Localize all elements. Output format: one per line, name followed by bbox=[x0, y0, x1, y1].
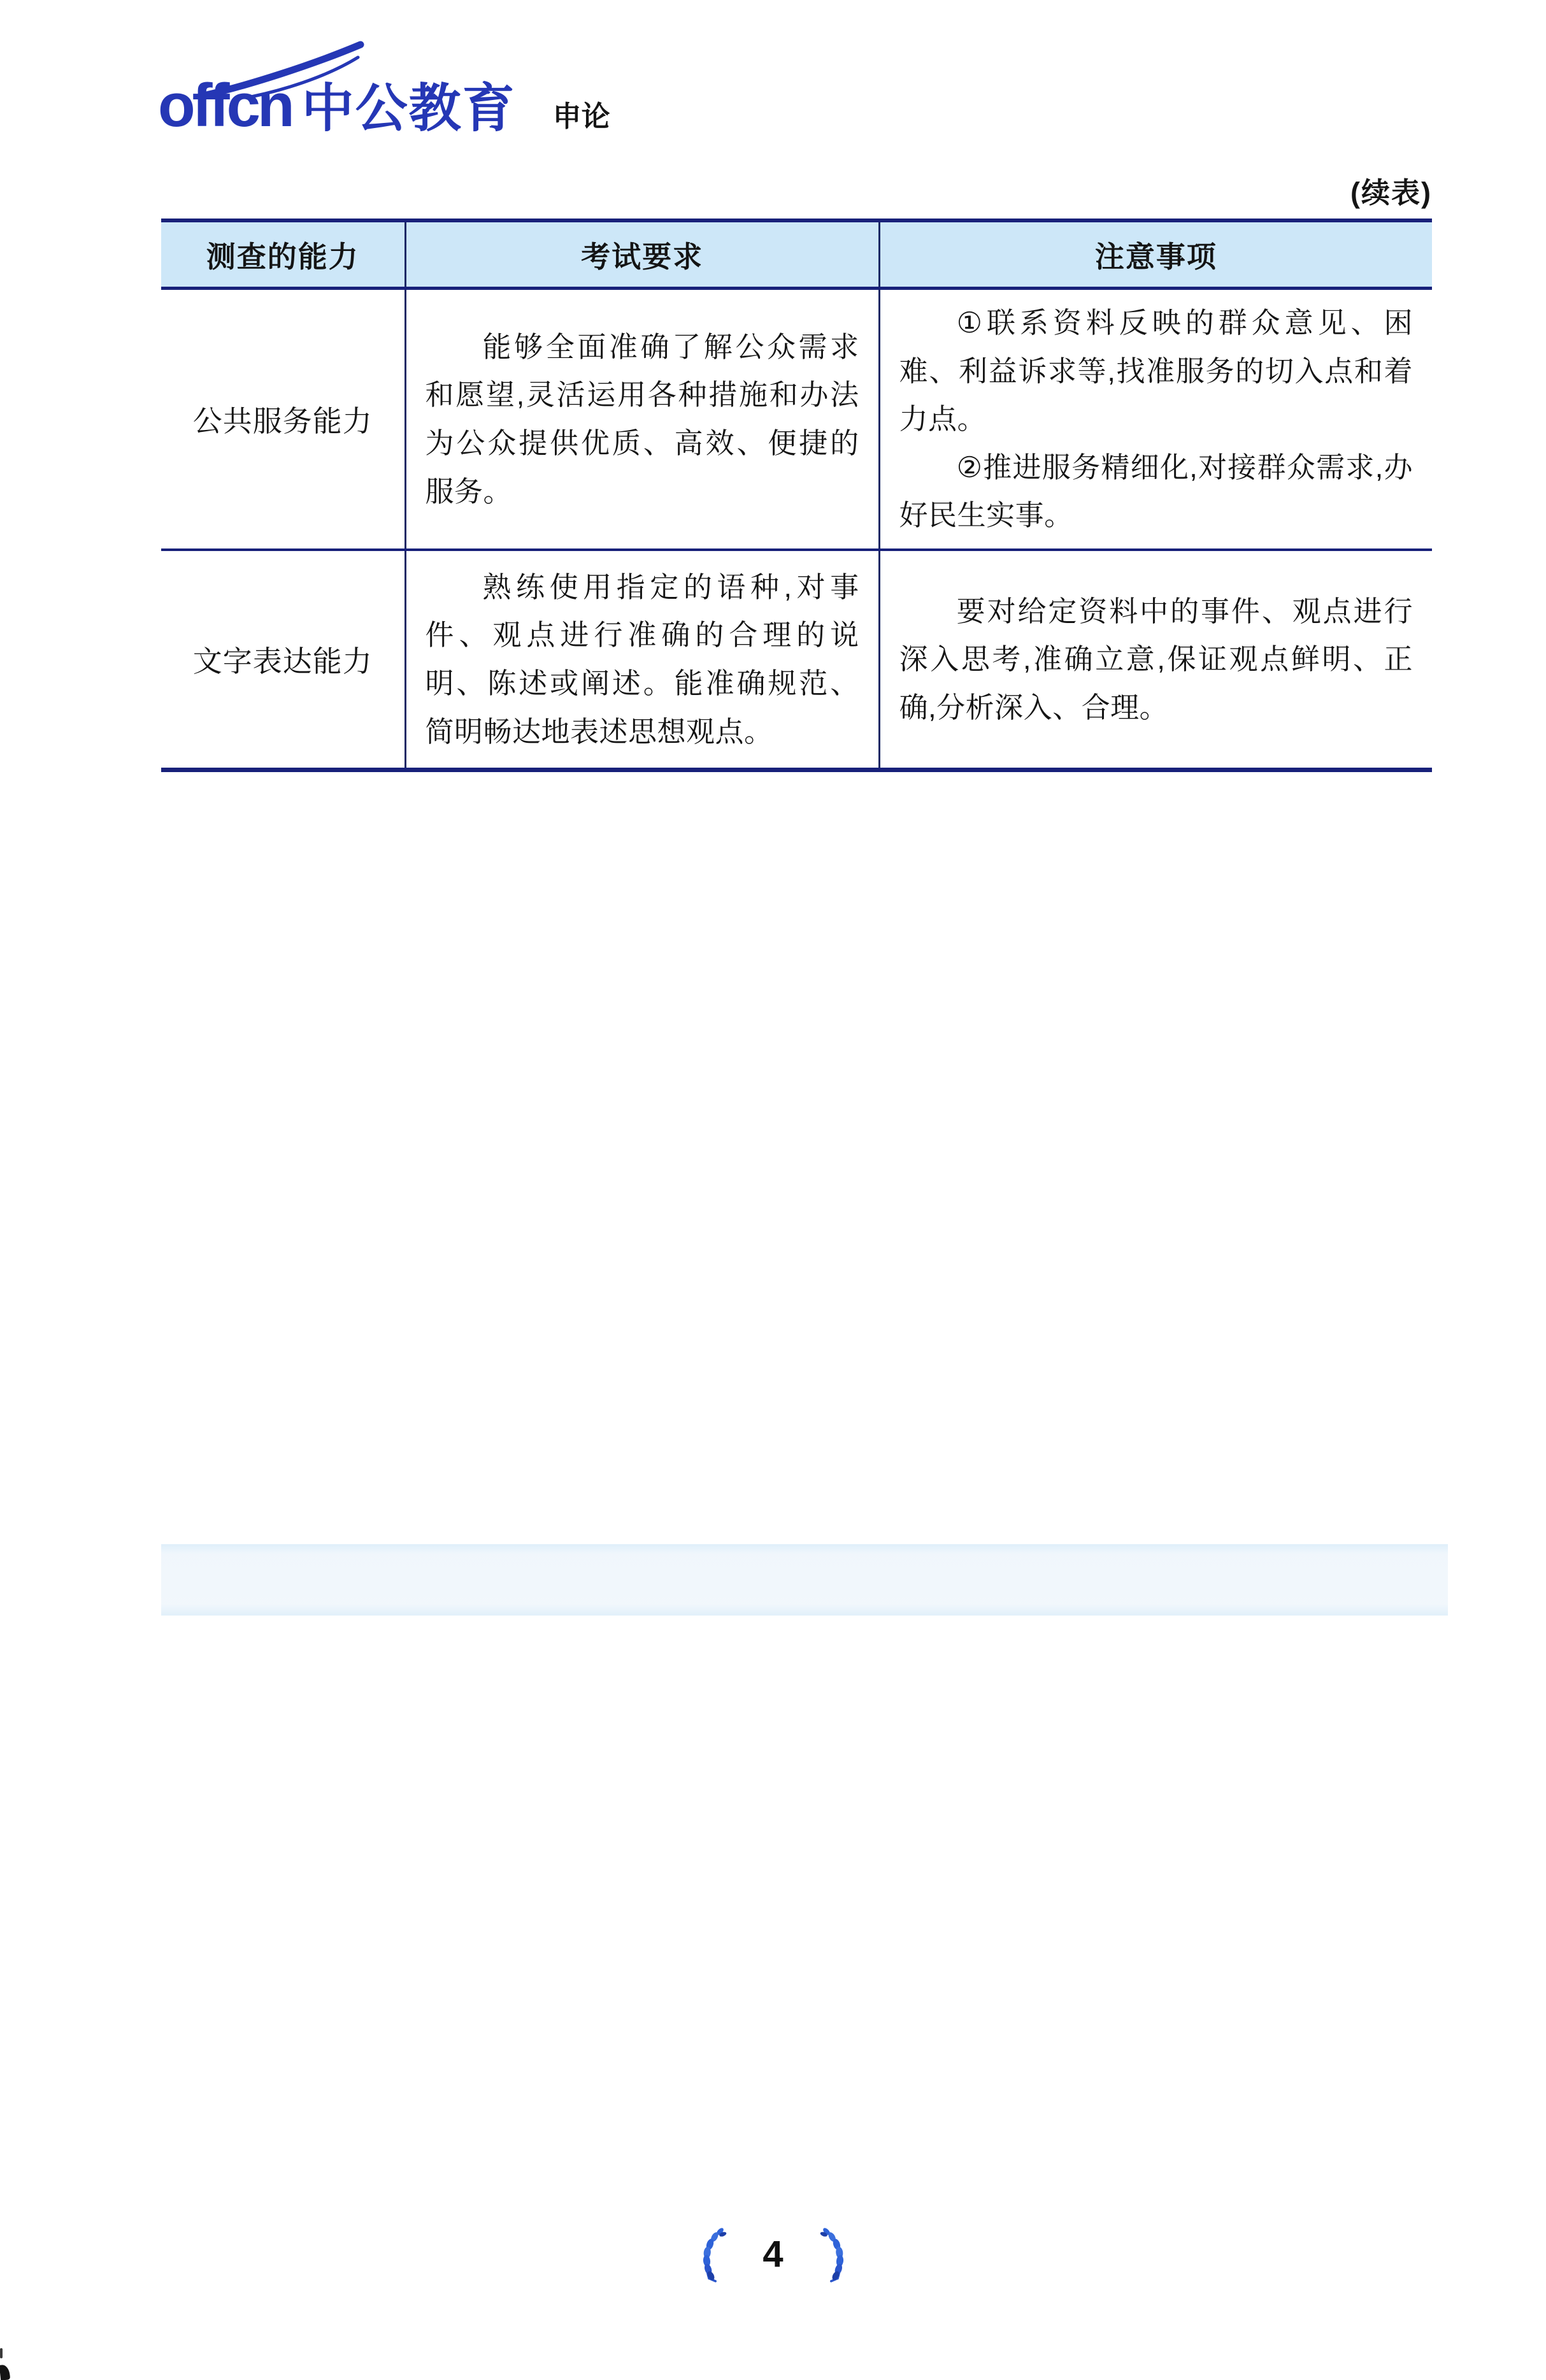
requirement-text: 熟练使用指定的语种,对事件、观点进行准确的合理的说明、陈述或阐述。能准确规范、简… bbox=[426, 563, 859, 756]
brand-name-cn: 中公教育 bbox=[302, 83, 516, 135]
page-number: 4 bbox=[761, 2236, 786, 2273]
continued-table-label: (续表) bbox=[1350, 169, 1432, 211]
note-item-2: ②推进服务精细化,对接群众需求,办好民生实事。 bbox=[899, 443, 1413, 540]
scan-artifact-edge-mark bbox=[0, 2348, 3, 2358]
requirement-cell: 熟练使用指定的语种,对事件、观点进行准确的合理的说明、陈述或阐述。能准确规范、简… bbox=[405, 550, 879, 770]
header-ability: 测查的能力 bbox=[161, 220, 405, 289]
ability-label: 文字表达能力 bbox=[161, 550, 405, 770]
page-footer: 4 bbox=[694, 2225, 852, 2284]
subject-label: 申论 bbox=[553, 102, 610, 131]
requirement-text: 能够全面准确了解公众需求和愿望,灵活运用各种措施和办法为公众提供优质、高效、便捷… bbox=[426, 323, 859, 515]
note-item-1: 要对给定资料中的事件、观点进行深入思考,准确立意,保证观点鲜明、正确,分析深入、… bbox=[899, 587, 1413, 732]
brand-header: offcn 中公教育 申论 bbox=[158, 75, 610, 136]
table-row-public-service: 公共服务能力 能够全面准确了解公众需求和愿望,灵活运用各种措施和办法为公众提供优… bbox=[161, 289, 1432, 550]
laurel-right-icon bbox=[819, 2225, 852, 2284]
requirement-cell: 能够全面准确了解公众需求和愿望,灵活运用各种措施和办法为公众提供优质、高效、便捷… bbox=[405, 289, 879, 550]
note-item-1: ①联系资料反映的群众意见、困难、利益诉求等,找准服务的切入点和着力点。 bbox=[899, 299, 1413, 443]
notes-cell: 要对给定资料中的事件、观点进行深入思考,准确立意,保证观点鲜明、正确,分析深入、… bbox=[879, 550, 1432, 770]
book-page: offcn 中公教育 申论 (续表) 测查的能力 考试要求 注意事项 公共服务能… bbox=[0, 0, 1546, 2380]
offcn-logo-text: offcn bbox=[158, 75, 292, 136]
scan-artifact-band bbox=[161, 1544, 1448, 1616]
header-notes: 注意事项 bbox=[879, 220, 1432, 289]
scan-artifact-corner-mark bbox=[0, 2364, 10, 2380]
ability-label: 公共服务能力 bbox=[161, 289, 405, 550]
laurel-left-icon bbox=[694, 2225, 727, 2284]
notes-cell: ①联系资料反映的群众意见、困难、利益诉求等,找准服务的切入点和着力点。 ②推进服… bbox=[879, 289, 1432, 550]
ability-table: 测查的能力 考试要求 注意事项 公共服务能力 能够全面准确了解公众需求和愿望,灵… bbox=[161, 219, 1432, 772]
table-row-written-expression: 文字表达能力 熟练使用指定的语种,对事件、观点进行准确的合理的说明、陈述或阐述。… bbox=[161, 550, 1432, 770]
table-header-row: 测查的能力 考试要求 注意事项 bbox=[161, 220, 1432, 289]
header-requirement: 考试要求 bbox=[405, 220, 879, 289]
